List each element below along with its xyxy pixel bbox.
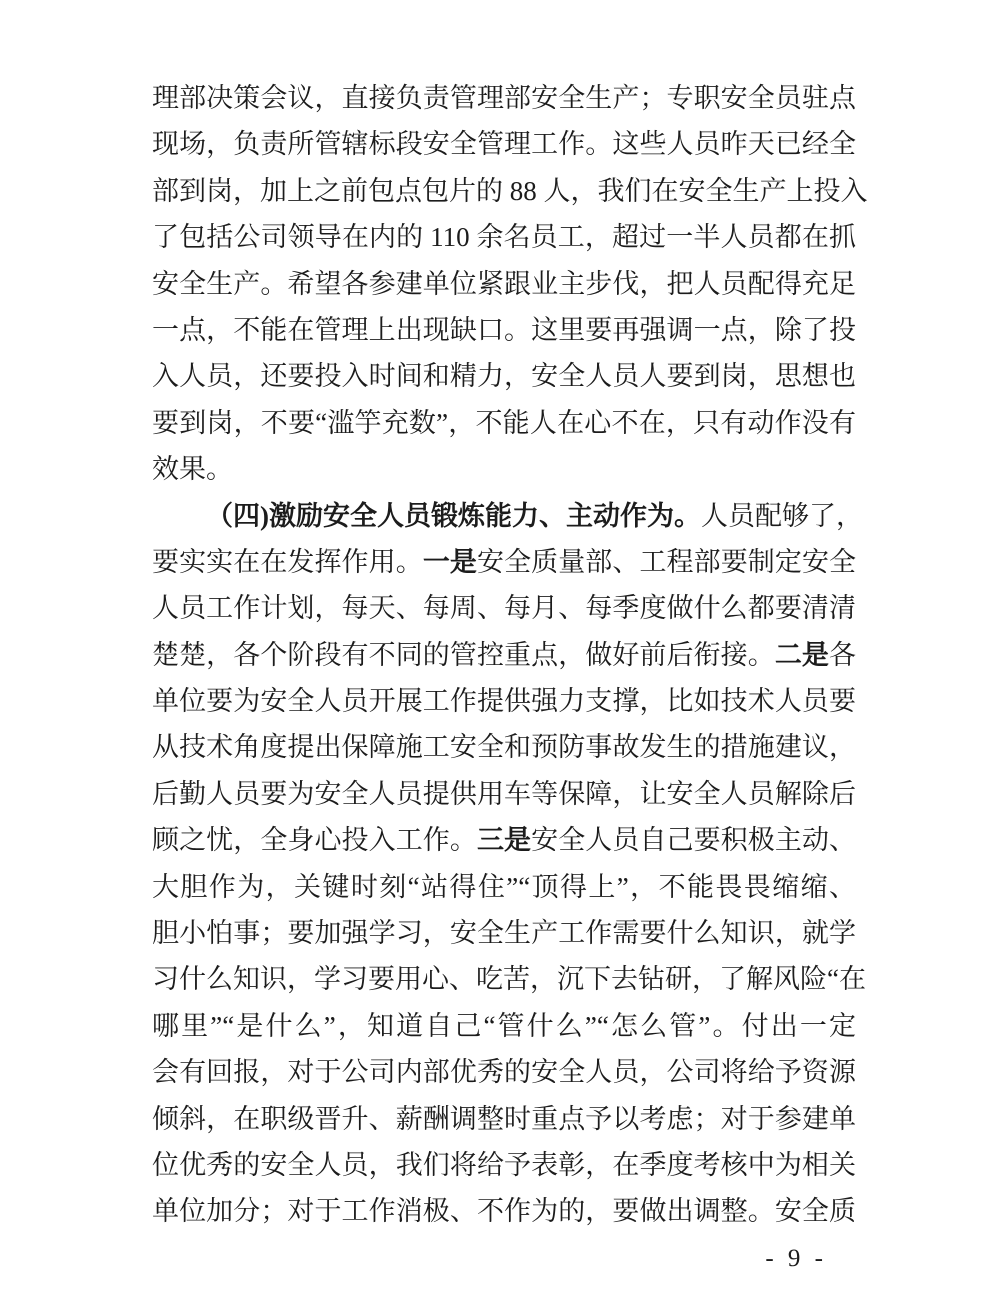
emphasis-text: 一是: [423, 547, 477, 577]
text-line: 了包括公司领导在内的 110 余名员工，超过一半人员都在抓: [152, 214, 856, 260]
body-text: 人员工作计划，每天、每周、每月、每季度做什么都要清清: [152, 593, 856, 623]
text-line: 楚楚，各个阶段有不同的管控重点，做好前后衔接。二是各: [152, 632, 856, 678]
body-text: 后勤人员要为安全人员提供用车等保障，让安全人员解除后: [152, 779, 856, 809]
body-text: 安全人员自己要积极主动、: [531, 825, 856, 855]
text-line: 习什么知识，学习要用心、吃苦，沉下去钻研，了解风险“在: [152, 956, 856, 1002]
body-text: 入人员，还要投入时间和精力，安全人员人要到岗，思想也: [152, 361, 856, 391]
text-line: 入人员，还要投入时间和精力，安全人员人要到岗，思想也: [152, 353, 856, 399]
body-text: 人员配够了，: [701, 501, 863, 531]
body-text: 理部决策会议，直接负责管理部安全生产；专职安全员驻点: [152, 83, 856, 113]
body-text: 一点，不能在管理上出现缺口。这里要再强调一点，除了投: [152, 315, 856, 345]
text-line: 顾之忧，全身心投入工作。三是安全人员自己要积极主动、: [152, 817, 856, 863]
text-line: 要到岗，不要“滥竽充数”，不能人在心不在，只有动作没有: [152, 400, 856, 446]
body-text: 哪里”“是什么”，知道自己“管什么”“怎么管”。付出一定: [152, 1011, 856, 1041]
body-text: 部到岗，加上之前包点包片的 88 人，我们在安全生产上投入: [152, 176, 868, 206]
emphasis-text: 二是: [775, 640, 829, 670]
body-text: 大胆作为，关键时刻“站得住”“顶得上”，不能畏畏缩缩、: [152, 872, 856, 902]
text-line: 倾斜，在职级晋升、薪酬调整时重点予以考虑；对于参建单: [152, 1096, 856, 1142]
emphasis-text: 三是: [477, 825, 531, 855]
body-text: 位优秀的安全人员，我们将给予表彰，在季度考核中为相关: [152, 1150, 856, 1180]
body-text: 楚楚，各个阶段有不同的管控重点，做好前后衔接。: [152, 640, 775, 670]
body-text: 会有回报，对于公司内部优秀的安全人员，公司将给予资源: [152, 1057, 856, 1087]
text-line: 一点，不能在管理上出现缺口。这里要再强调一点，除了投: [152, 307, 856, 353]
text-line: 后勤人员要为安全人员提供用车等保障，让安全人员解除后: [152, 771, 856, 817]
body-text: 现场，负责所管辖标段安全管理工作。这些人员昨天已经全: [152, 129, 856, 159]
body-text: 效果。: [152, 454, 233, 484]
text-line: 从技术角度提出保障施工安全和预防事故发生的措施建议，: [152, 724, 856, 770]
text-line: 单位要为安全人员开展工作提供强力支撑，比如技术人员要: [152, 678, 856, 724]
body-text: 了包括公司领导在内的 110 余名员工，超过一半人员都在抓: [152, 222, 856, 252]
body-text: 要实实在在发挥作用。: [152, 547, 423, 577]
text-line: 会有回报，对于公司内部优秀的安全人员，公司将给予资源: [152, 1049, 856, 1095]
body-text: 安全生产。希望各参建单位紧跟业主步伐，把人员配得充足: [152, 269, 856, 299]
body-text: 单位要为安全人员开展工作提供强力支撑，比如技术人员要: [152, 686, 856, 716]
text-line: 单位加分；对于工作消极、不作为的，要做出调整。安全质: [152, 1188, 856, 1234]
document-page: 理部决策会议，直接负责管理部安全生产；专职安全员驻点现场，负责所管辖标段安全管理…: [0, 0, 1000, 1312]
text-line: 现场，负责所管辖标段安全管理工作。这些人员昨天已经全: [152, 121, 856, 167]
body-text: 倾斜，在职级晋升、薪酬调整时重点予以考虑；对于参建单: [152, 1104, 856, 1134]
text-line: 理部决策会议，直接负责管理部安全生产；专职安全员驻点: [152, 75, 856, 121]
body-text: 胆小怕事；要加强学习，安全生产工作需要什么知识，就学: [152, 918, 856, 948]
text-line: 效果。: [152, 446, 856, 492]
text-line: 胆小怕事；要加强学习，安全生产工作需要什么知识，就学: [152, 910, 856, 956]
text-line: 要实实在在发挥作用。一是安全质量部、工程部要制定安全: [152, 539, 856, 585]
body-text: 顾之忧，全身心投入工作。: [152, 825, 477, 855]
text-line: 大胆作为，关键时刻“站得住”“顶得上”，不能畏畏缩缩、: [152, 864, 856, 910]
body-text: 单位加分；对于工作消极、不作为的，要做出调整。安全质: [152, 1196, 856, 1226]
document-lines: 理部决策会议，直接负责管理部安全生产；专职安全员驻点现场，负责所管辖标段安全管理…: [152, 75, 856, 1235]
emphasis-text: （四)激励安全人员锻炼能力、主动作为。: [206, 501, 701, 531]
body-text: 从技术角度提出保障施工安全和预防事故发生的措施建议，: [152, 732, 856, 762]
page-number: - 9 -: [765, 1244, 827, 1274]
body-text: 要到岗，不要“滥竽充数”，不能人在心不在，只有动作没有: [152, 408, 856, 438]
text-line: 部到岗，加上之前包点包片的 88 人，我们在安全生产上投入: [152, 168, 856, 214]
text-line: 安全生产。希望各参建单位紧跟业主步伐，把人员配得充足: [152, 261, 856, 307]
text-line: 人员工作计划，每天、每周、每月、每季度做什么都要清清: [152, 585, 856, 631]
body-text: 安全质量部、工程部要制定安全: [477, 547, 856, 577]
text-line: 位优秀的安全人员，我们将给予表彰，在季度考核中为相关: [152, 1142, 856, 1188]
body-text: 各: [829, 640, 856, 670]
body-text: 习什么知识，学习要用心、吃苦，沉下去钻研，了解风险“在: [152, 964, 866, 994]
text-line: 哪里”“是什么”，知道自己“管什么”“怎么管”。付出一定: [152, 1003, 856, 1049]
text-line: （四)激励安全人员锻炼能力、主动作为。人员配够了，: [152, 493, 856, 539]
